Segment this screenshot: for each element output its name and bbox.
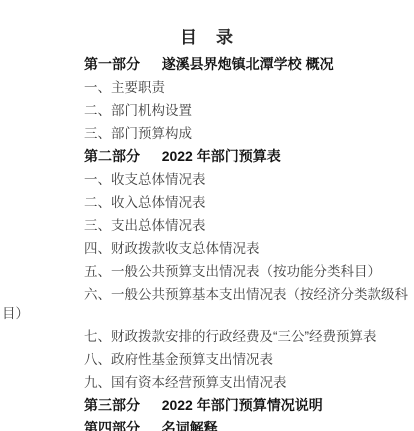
section-2-title: 2022 年部门预算表 — [162, 148, 281, 164]
section-1-title: 遂溪县界炮镇北潭学校 概况 — [162, 56, 334, 72]
toc-item-income-expense-table: 一、收支总体情况表 — [0, 170, 414, 189]
toc-item-basic-expense-line1: 六、一般公共预算基本支出情况表（按经济分类款级科 — [84, 287, 408, 302]
document-page: 目 录 第一部分遂溪县界炮镇北潭学校 概况 一、主要职责 二、部门机构设置 三、… — [0, 0, 414, 431]
toc-item-gov-fund-table: 八、政府性基金预算支出情况表 — [0, 350, 414, 369]
section-3-label: 第三部分 — [84, 397, 140, 413]
section-1-label: 第一部分 — [84, 56, 140, 72]
section-heading-4: 第四部分名词解释 — [0, 419, 414, 431]
section-heading-2: 第二部分2022 年部门预算表 — [0, 147, 414, 166]
toc-title: 目 录 — [0, 27, 414, 48]
toc-item-income-table: 二、收入总体情况表 — [0, 193, 414, 212]
toc-item-org-setup: 二、部门机构设置 — [0, 101, 414, 120]
toc-item-expense-table: 三、支出总体情况表 — [0, 216, 414, 235]
toc-item-duty: 一、主要职责 — [0, 78, 414, 97]
section-heading-1: 第一部分遂溪县界炮镇北潭学校 概况 — [0, 55, 414, 74]
toc-item-fiscal-allocation-table: 四、财政拨款收支总体情况表 — [0, 239, 414, 258]
toc-item-basic-expense-table: 六、一般公共预算基本支出情况表（按经济分类款级科目） — [0, 285, 414, 323]
section-4-title: 名词解释 — [162, 420, 218, 431]
section-4-label: 第四部分 — [84, 420, 140, 431]
section-heading-3: 第三部分2022 年部门预算情况说明 — [0, 396, 414, 415]
toc-item-admin-three-public-table: 七、财政拨款安排的行政经费及“三公”经费预算表 — [0, 327, 414, 346]
toc-item-basic-expense-line2: 目） — [0, 304, 414, 323]
section-3-title: 2022 年部门预算情况说明 — [162, 397, 323, 413]
toc-item-general-public-budget-table: 五、一般公共预算支出情况表（按功能分类科目） — [0, 262, 414, 281]
toc-item-state-capital-table: 九、国有资本经营预算支出情况表 — [0, 373, 414, 392]
section-2-label: 第二部分 — [84, 148, 140, 164]
toc-item-budget-composition: 三、部门预算构成 — [0, 124, 414, 143]
